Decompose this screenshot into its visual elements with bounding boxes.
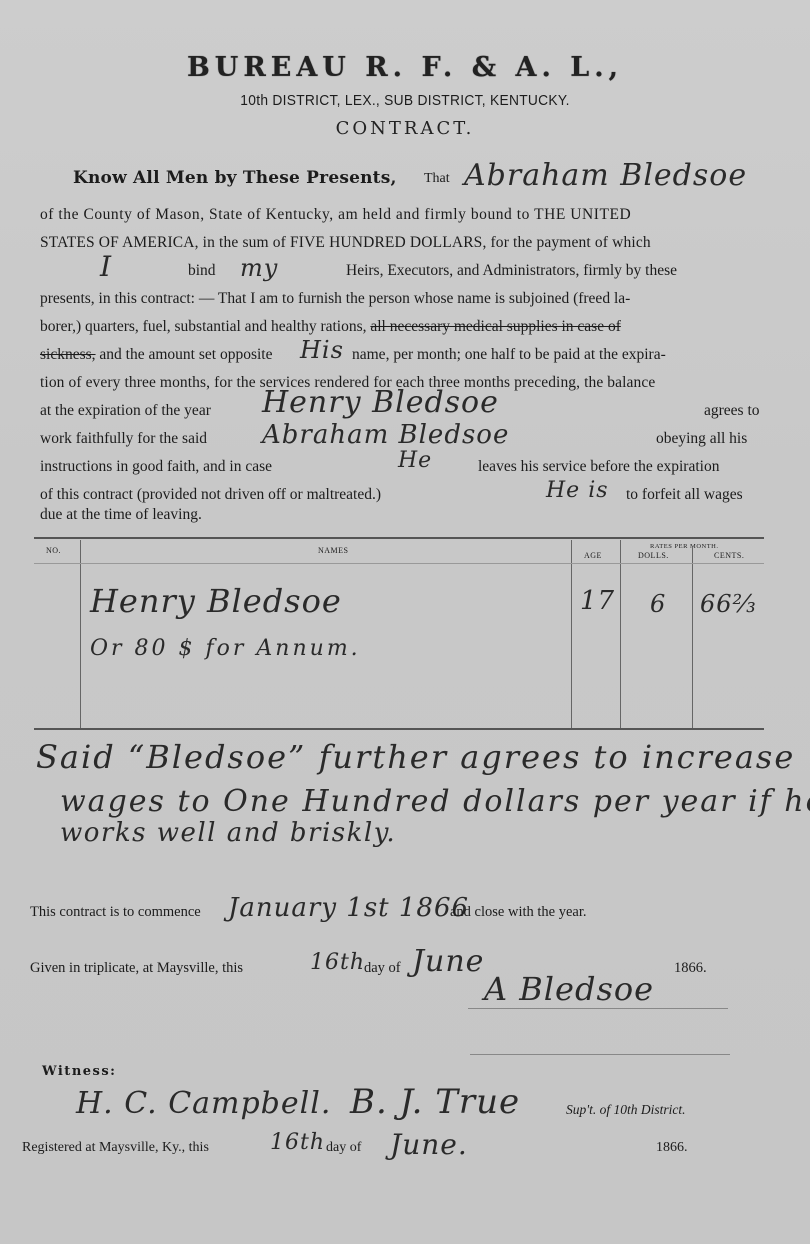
row-name-handwritten: Henry Bledsoe [90, 582, 342, 620]
superintendent-title: Sup't. of 10th District. [566, 1102, 686, 1118]
given-day-handwritten: 16th [310, 950, 365, 975]
pronoun-handwritten: I [100, 250, 112, 283]
day-of-label: day of [364, 960, 401, 977]
bind-label: bind [188, 262, 216, 280]
employer-full-handwritten: Abraham Bledsoe [262, 420, 509, 450]
table-col-divider [620, 540, 621, 730]
col-header-rates: RATES PER MONTH. [650, 543, 719, 550]
body-line-12: of this contract (provided not driven of… [40, 486, 381, 504]
col-header-cents: CENTS. [714, 551, 744, 560]
addendum-line-3: works well and briskly. [60, 818, 396, 848]
struck-sickness: sickness, [40, 346, 96, 363]
body-line-3: STATES OF AMERICA, in the sum of FIVE HU… [40, 234, 651, 252]
possessive-handwritten: my [240, 254, 278, 282]
given-month-handwritten: June [412, 944, 484, 979]
table-top-rule [34, 537, 764, 539]
body-line-12-rest: to forfeit all wages [626, 486, 743, 504]
table-col-divider [80, 540, 81, 730]
row-dolls: 6 [650, 590, 666, 618]
registered-month-handwritten: June. [390, 1128, 468, 1161]
bureau-heading: BUREAU R. F. & A. L., [0, 52, 810, 83]
body-line-11-rest: leaves his service before the expiration [478, 458, 719, 476]
commence-date-handwritten: January 1st 1866 [228, 893, 469, 923]
body-line-5: presents, in this contract: — That I am … [40, 290, 630, 308]
district-subheading: 10th DISTRICT, LEX., SUB DISTRICT, KENTU… [32, 92, 777, 109]
row-age: 17 [580, 586, 615, 616]
col-header-dolls: DOLLS. [638, 551, 669, 560]
table-header-rule [34, 563, 764, 564]
body-line-13: due at the time of leaving. [40, 506, 202, 524]
he-handwritten: He [398, 448, 432, 473]
given-label: Given in triplicate, at Maysville, this [30, 960, 243, 977]
he-is-handwritten: He is [546, 478, 609, 503]
employer-signature: A Bledsoe [484, 970, 654, 1008]
signature-line [470, 1054, 730, 1055]
row-cents: 66⅔ [700, 590, 757, 618]
registered-label: Registered at Maysville, Ky., this [22, 1140, 209, 1156]
col-header-no: NO. [46, 546, 61, 555]
table-col-divider [571, 540, 572, 730]
body-line-7-text: and the amount set opposite [99, 346, 272, 363]
agrees-to-label: agrees to [704, 402, 760, 420]
registered-day-of-label: day of [326, 1140, 361, 1156]
document-title: CONTRACT. [0, 118, 810, 139]
col-header-age: AGE [584, 551, 602, 560]
body-line-10: work faithfully for the said [40, 430, 207, 448]
superintendent-signature: B. J. True [350, 1082, 520, 1122]
addendum-line-2: wages to One Hundred dollars per year if… [60, 784, 810, 819]
his-handwritten: His [300, 336, 344, 364]
employer-name-handwritten: Abraham Bledsoe [464, 158, 747, 193]
table-col-divider [692, 548, 693, 730]
addendum-line-1: Said “Bledsoe” further agrees to increas… [36, 738, 810, 776]
body-line-7-rest: name, per month; one half to be paid at … [352, 346, 666, 364]
body-line-6: borer,) quarters, fuel, substantial and … [40, 318, 621, 336]
close-label: and close with the year. [450, 904, 587, 921]
opening-phrase: Know All Men by These Presents, [73, 168, 397, 188]
col-header-names: NAMES [318, 546, 349, 555]
body-line-7: sickness, and the amount set opposite [40, 346, 272, 364]
signature-line [468, 1008, 728, 1009]
obeying-label: obeying all his [656, 430, 747, 448]
laborer-name-handwritten: Henry Bledsoe [262, 385, 499, 420]
witness-label: Witness: [42, 1064, 116, 1079]
row-note-handwritten: Or 80 $ for Annum. [90, 636, 361, 661]
struck-medical-clause: all necessary medical supplies in case o… [370, 318, 621, 335]
body-line-2: of the County of Mason, State of Kentuck… [40, 206, 631, 224]
given-year: 1866. [674, 960, 707, 977]
commence-label: This contract is to commence [30, 904, 201, 921]
registered-day-handwritten: 16th [270, 1130, 325, 1155]
body-line-11: instructions in good faith, and in case [40, 458, 272, 476]
table-bottom-rule [34, 728, 764, 730]
that-label: That [424, 171, 450, 187]
body-line-4: Heirs, Executors, and Administrators, fi… [346, 262, 677, 280]
body-line-6-text: borer,) quarters, fuel, substantial and … [40, 318, 367, 335]
registered-year: 1866. [656, 1140, 688, 1156]
contract-document: BUREAU R. F. & A. L., 10th DISTRICT, LEX… [0, 0, 810, 1244]
body-line-9: at the expiration of the year [40, 402, 211, 420]
witness-signature: H. C. Campbell. [76, 1086, 331, 1121]
